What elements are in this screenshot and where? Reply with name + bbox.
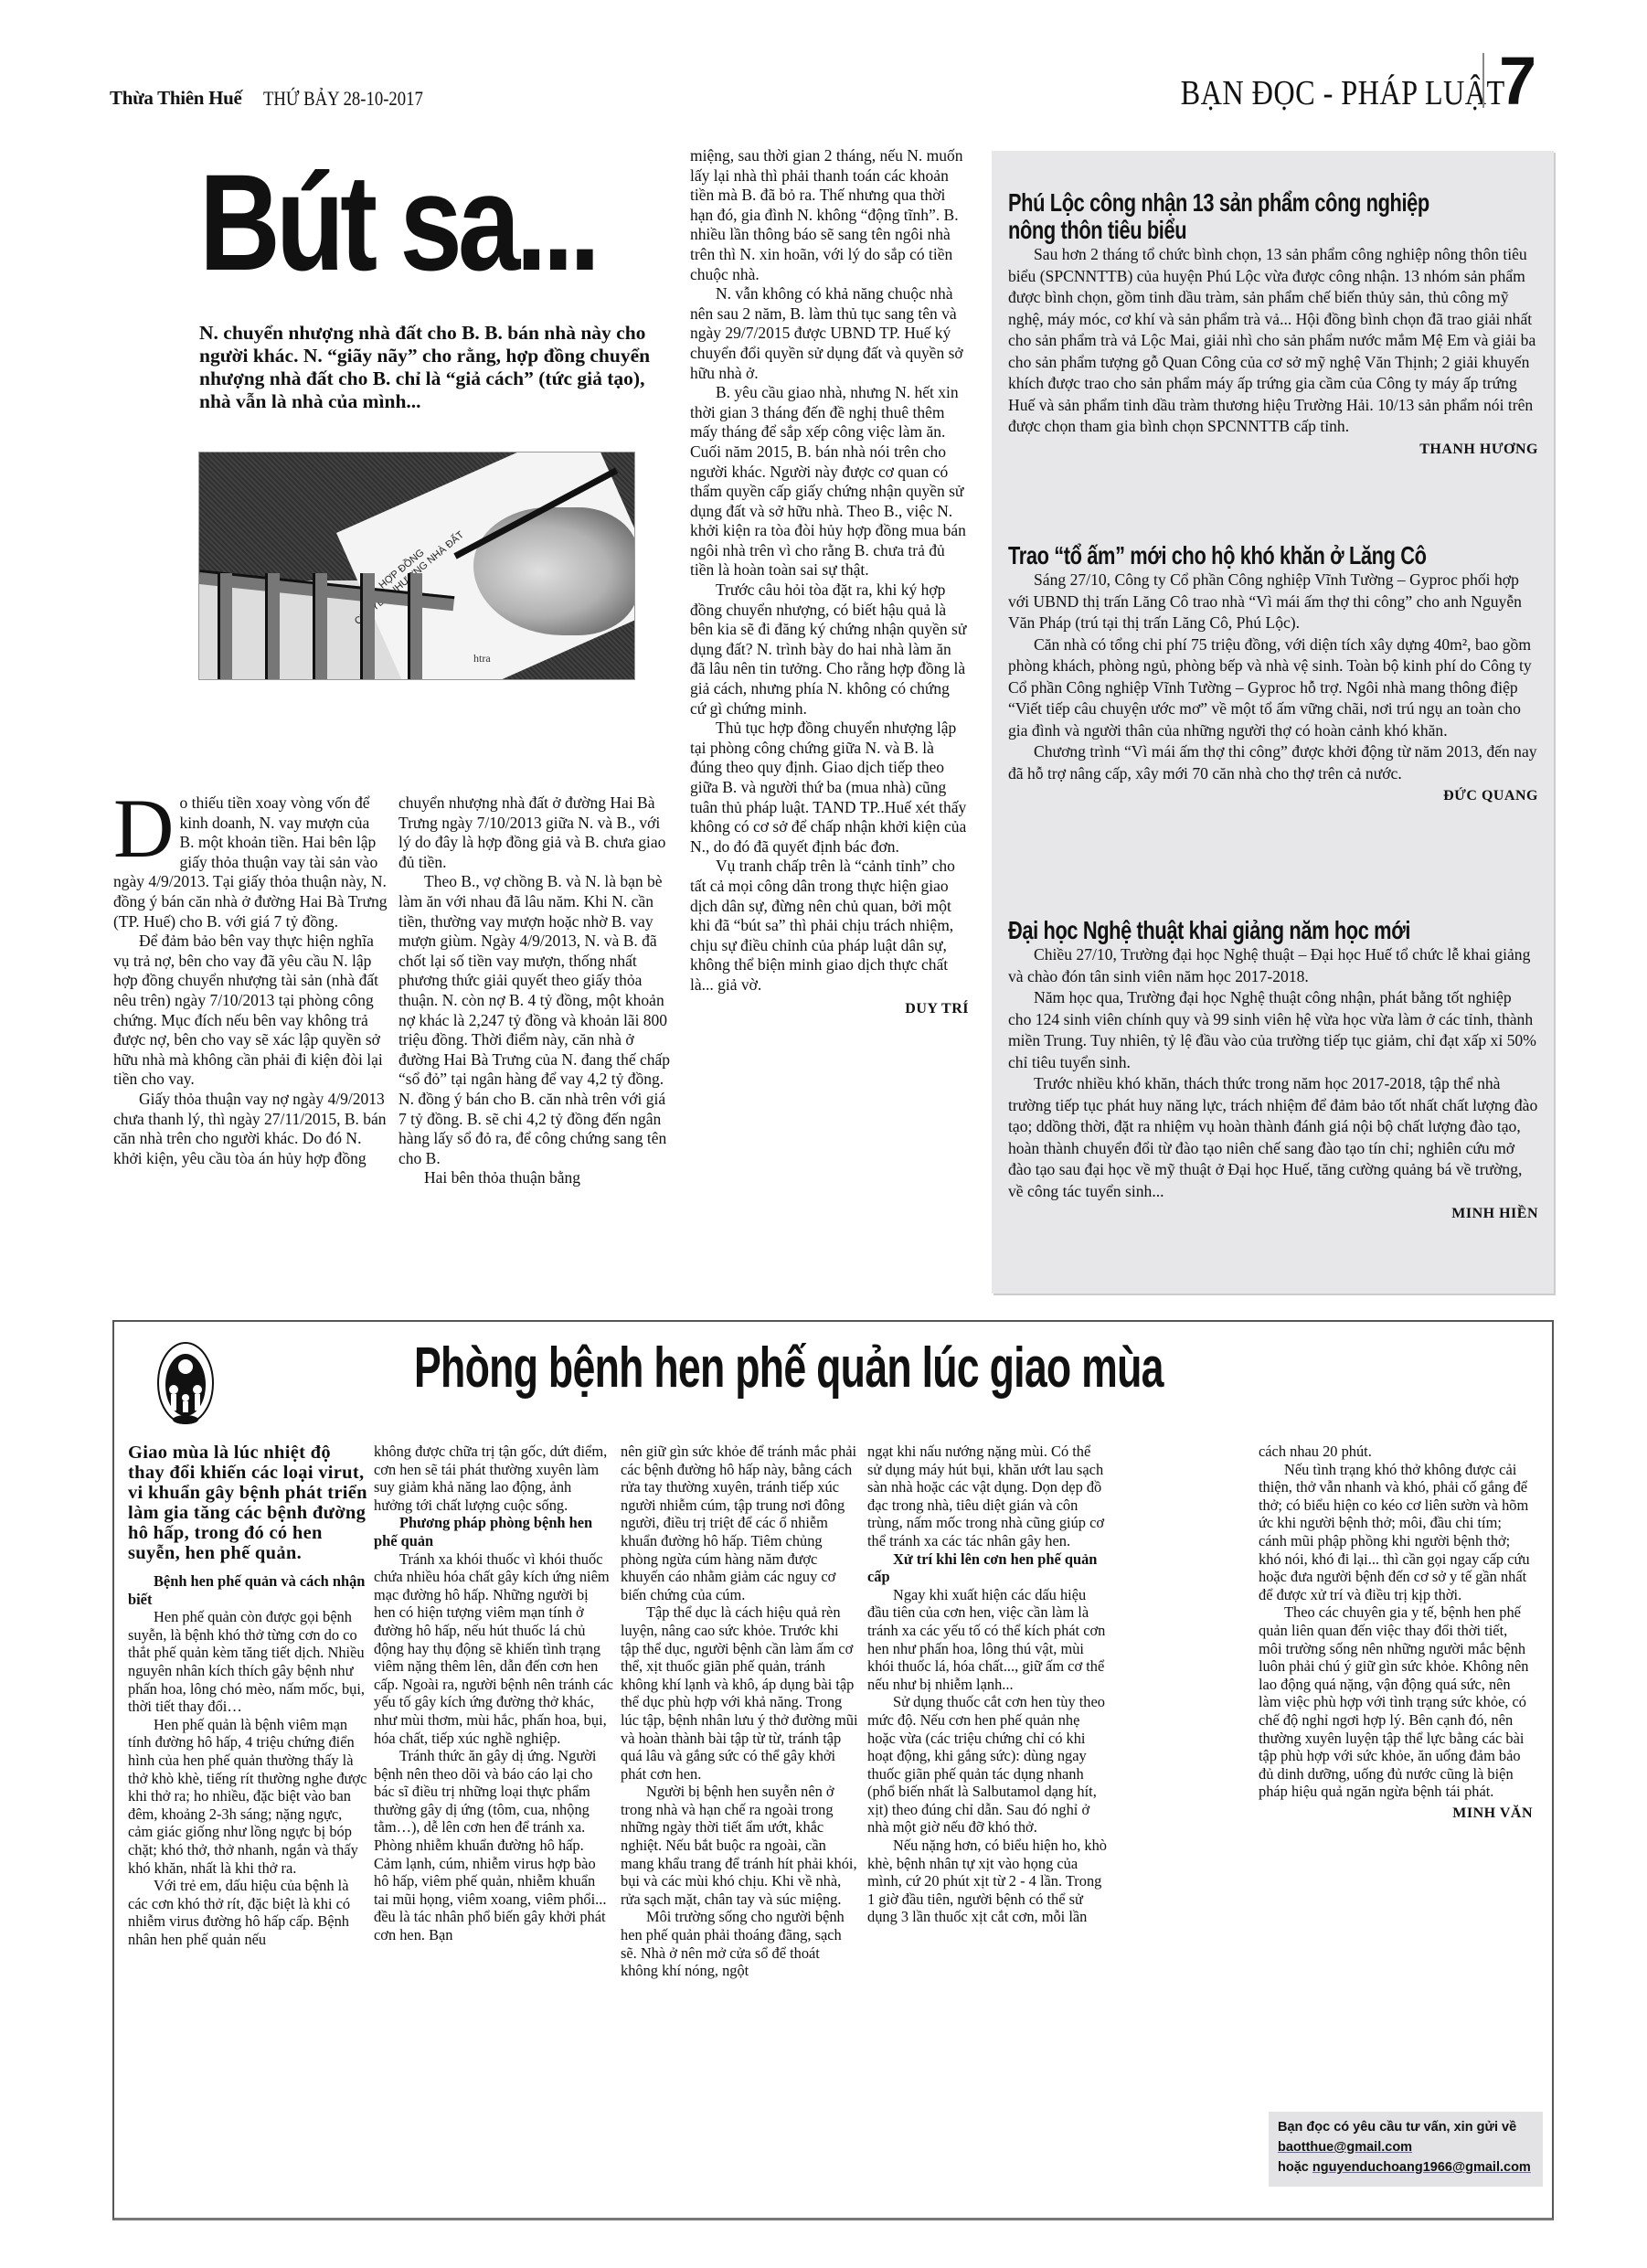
health-column-logo-icon [154, 1339, 218, 1431]
email-link[interactable]: nguyenduchoang1966@gmail.com [1312, 2160, 1531, 2175]
health-article-lead: Giao mùa là lúc nhiệt độ thay đổi khiến … [128, 1443, 367, 1563]
page-number: 7 [1499, 48, 1536, 115]
railing-bar [313, 573, 327, 680]
news-brief-title: Phú Lộc công nhận 13 sản phẩm công nghiệ… [1008, 189, 1421, 244]
railing-bar [265, 573, 280, 680]
news-brief: Đại học Nghệ thuật khai giảng năm học mớ… [1008, 917, 1538, 1222]
news-brief-byline: MINH HIỀN [1008, 1206, 1538, 1222]
subheading: Xử trí khi lên cơn hen phế quản cấp [867, 1550, 1107, 1586]
health-column-2: không được chữa trị tận gốc, dứt điểm, c… [374, 1443, 613, 1944]
railing-bar [408, 573, 422, 680]
news-brief-title: Đại học Nghệ thuật khai giảng năm học mớ… [1008, 917, 1421, 944]
email-link[interactable]: baotthue@gmail.com [1278, 2140, 1412, 2155]
subheading: Phương pháp phòng bệnh hen phế quản [374, 1514, 613, 1549]
news-briefs-box: Phú Lộc công nhận 13 sản phẩm công nghiệ… [992, 151, 1554, 1294]
artist-signature: htra [473, 652, 491, 665]
health-article-byline: MINH VĂN [1259, 1805, 1533, 1823]
health-column-4: ngạt khi nấu nướng nặng mùi. Có thể sử d… [867, 1443, 1107, 1926]
article-column-3: miệng, sau thời gian 2 tháng, nếu N. muố… [690, 146, 969, 1018]
news-brief-title: Trao “tổ ấm” mới cho hộ khó khăn ở Lăng … [1008, 542, 1421, 570]
railing-bar [218, 573, 232, 680]
issue-date: THỨ BẢY 28-10-2017 [263, 87, 423, 111]
masthead: Thừa Thiên Huế [110, 87, 242, 110]
section-title: BẠN ĐỌC - PHÁP LUẬT [1181, 73, 1505, 113]
article-lead: N. chuyển nhượng nhà đất cho B. B. bán n… [199, 322, 656, 413]
drop-cap: D [113, 795, 174, 861]
health-column-5: cách nhau 20 phút. Nếu tình trạng khó th… [1259, 1443, 1533, 1822]
news-brief: Phú Lộc công nhận 13 sản phẩm công nghiệ… [1008, 189, 1538, 458]
header-divider [1482, 53, 1484, 108]
cartoon-illustration: HỢP ĐỒNG CHUYỂN NHƯỢNG NHÀ ĐẤT htra [198, 452, 635, 680]
health-column-3: nên giữ gìn sức khỏe để tránh mắc phải c… [621, 1443, 860, 1980]
news-brief: Trao “tổ ấm” mới cho hộ khó khăn ở Lăng … [1008, 542, 1538, 804]
subheading: Bệnh hen phế quản và cách nhận biết [128, 1572, 367, 1608]
health-column-1: Giao mùa là lúc nhiệt độ thay đổi khiến … [128, 1443, 367, 1948]
contact-box: Bạn đọc có yêu cầu tư vấn, xin gửi về ba… [1269, 2112, 1543, 2187]
news-brief-byline: THANH HƯƠNG [1008, 442, 1538, 458]
article-byline: DUY TRÍ [690, 999, 969, 1019]
railing-bar [360, 573, 375, 680]
news-brief-byline: ĐỨC QUANG [1008, 788, 1538, 804]
article-headline: Bút sa... [199, 154, 596, 291]
article-column-1: Do thiếu tiền xoay vòng vốn để kinh doan… [113, 793, 388, 1168]
health-article-title: Phòng bệnh hen phế quản lúc giao mùa [414, 1340, 1164, 1397]
article-column-2: chuyển nhượng nhà đất ở đường Hai Bà Trư… [398, 793, 673, 1188]
